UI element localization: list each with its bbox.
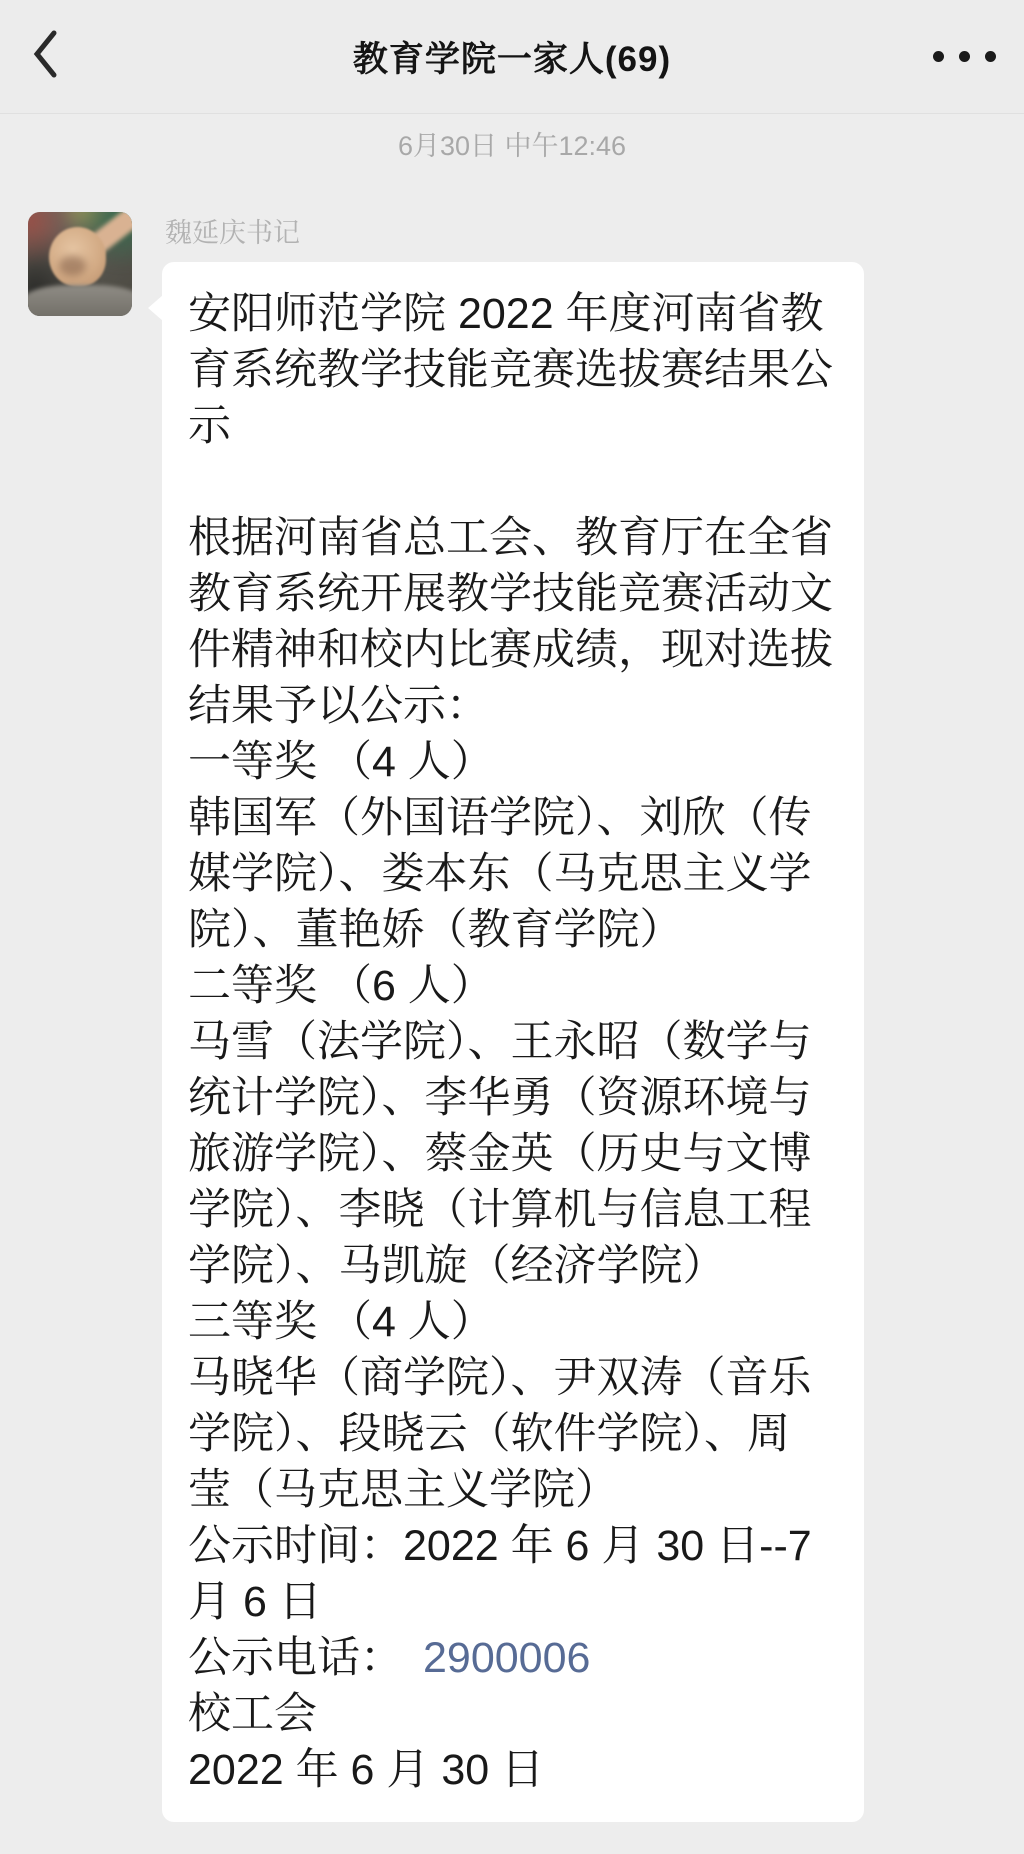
timestamp: 6月30日 中午12:46 [0, 114, 1024, 162]
message-column: 魏延庆书记 安阳师范学院 2022 年度河南省教 育系统教学技能竞赛选拔赛结果公… [162, 212, 864, 1822]
phone-label: 公示电话： [188, 1634, 403, 1682]
more-button[interactable] [933, 0, 996, 113]
navbar: 教育学院一家人(69) [0, 0, 1024, 114]
phone-link[interactable]: 2900006 [423, 1634, 590, 1682]
message-signature: 校工会 2022 年 6 月 30 日 [188, 1686, 838, 1798]
back-button[interactable] [16, 0, 72, 113]
message-bubble[interactable]: 安阳师范学院 2022 年度河南省教 育系统教学技能竞赛选拔赛结果公 示 根据河… [162, 262, 864, 1822]
bubble-tail [148, 295, 163, 321]
message-row: 魏延庆书记 安阳师范学院 2022 年度河南省教 育系统教学技能竞赛选拔赛结果公… [0, 212, 1024, 1822]
chat-area: 6月30日 中午12:46 魏延庆书记 安阳师范学院 2022 年度河南省教 育… [0, 114, 1024, 1854]
sender-name: 魏延庆书记 [165, 218, 864, 248]
chevron-left-icon [30, 29, 58, 84]
ellipsis-icon [933, 51, 996, 62]
message-body-text: 安阳师范学院 2022 年度河南省教 育系统教学技能竞赛选拔赛结果公 示 根据河… [188, 286, 838, 1630]
avatar[interactable] [28, 212, 132, 316]
avatar-clothes [28, 285, 132, 316]
phone-line: 公示电话：2900006 [188, 1630, 838, 1686]
group-title: 教育学院一家人(69) [353, 32, 671, 82]
chat-screen: 教育学院一家人(69) 6月30日 中午12:46 魏延庆书记 安阳师范学院 2… [0, 0, 1024, 1854]
